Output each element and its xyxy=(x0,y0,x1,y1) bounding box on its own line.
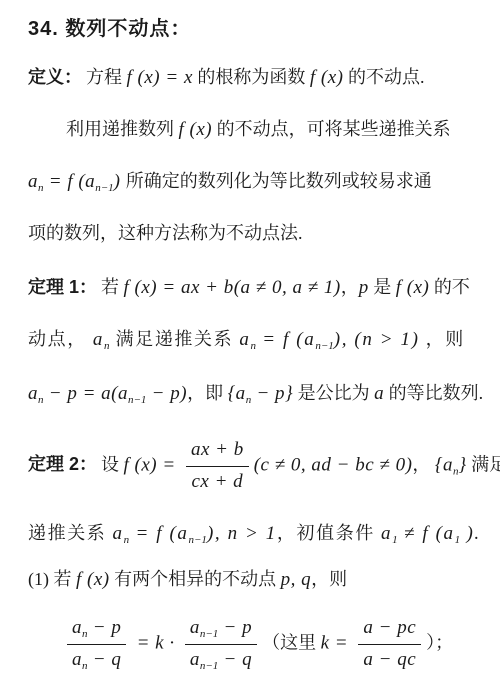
math-part: f (x) xyxy=(310,67,344,88)
theorem2-label: 定理 2： xyxy=(28,454,97,474)
math-part: ≠ f (a xyxy=(398,523,455,544)
text-part: ，即 xyxy=(187,383,228,403)
math-part: a xyxy=(28,383,38,404)
text-part: 的不 xyxy=(429,277,470,297)
text-part: ，则 xyxy=(311,569,347,589)
text-part: 递推关系 xyxy=(28,523,113,543)
subscript: n−1 xyxy=(315,340,333,352)
math-part: − p xyxy=(88,617,122,638)
text-part: ， xyxy=(412,454,435,474)
fraction-numerator: a − pc xyxy=(358,616,421,645)
math-part: (c ≠ 0, ad − bc ≠ 0) xyxy=(254,454,413,475)
math-part: f (x) = xyxy=(124,454,181,475)
math-part: } xyxy=(459,454,467,475)
math-part: a xyxy=(113,523,124,544)
math-part: k = xyxy=(321,632,354,653)
definition-line: 定义：方程 f (x) = x 的根称为函数 f (x) 的不动点. xyxy=(28,66,425,91)
subscript: n−1 xyxy=(189,534,207,546)
subscript: n−1 xyxy=(200,660,218,672)
text-part: 动点， xyxy=(28,329,93,349)
math-part: − p = a(a xyxy=(44,383,128,404)
math-part: f (x) = ax + b(a ≠ 0, a ≠ 1) xyxy=(124,277,341,298)
fraction: ax + bcx + d xyxy=(186,438,249,494)
math-part: ) xyxy=(114,171,126,192)
theorem2-line-1: 定理 2：设 f (x) = ax + bcx + d(c ≠ 0, ad − … xyxy=(28,438,500,494)
subscript: n−1 xyxy=(128,394,146,406)
math-part: a xyxy=(374,383,384,404)
document-page: 34. 数列不动点： 定义：方程 f (x) = x 的根称为函数 f (x) … xyxy=(0,0,500,696)
section-title-text: 34. 数列不动点： xyxy=(28,18,191,40)
math-part: = f (a xyxy=(256,329,315,350)
fraction-numerator: an − p xyxy=(67,616,126,645)
math-part: ), (n > 1) xyxy=(334,329,420,350)
math-part: − p) xyxy=(146,383,187,404)
fraction: an − p an − q xyxy=(67,616,126,672)
definition-label: 定义： xyxy=(28,67,82,87)
text-part: 若 xyxy=(49,569,76,589)
text-part: 项的数列，这种方法称为不动点法. xyxy=(28,223,303,243)
fraction-denominator: a − qc xyxy=(358,645,421,673)
math-part: {a xyxy=(228,383,246,404)
theorem2-line-2: 递推关系 an = f (an−1), n > 1，初值条件 a1 ≠ f (a… xyxy=(28,522,481,547)
theorem1-line-1: 定理 1：若 f (x) = ax + b(a ≠ 0, a ≠ 1)，p 是 … xyxy=(28,276,470,301)
text-part: 是 xyxy=(369,277,396,297)
fraction-denominator: an − q xyxy=(67,645,126,673)
text-part: 的不动点，可将某些递推关系 xyxy=(212,119,451,139)
text-part: ， xyxy=(341,277,359,297)
subscript: n−1 xyxy=(200,628,218,640)
text-part: ； xyxy=(435,632,453,652)
math-part: f (x) xyxy=(179,119,213,140)
math-part: = f (a xyxy=(129,523,188,544)
math-part: a xyxy=(72,649,82,670)
math-part: ), n > 1 xyxy=(207,523,277,544)
math-part: f (x) xyxy=(396,277,430,298)
text-part: 满足递推关系 xyxy=(110,329,240,349)
fraction: a − pca − qc xyxy=(358,616,421,672)
intro-line-1: 利用递推数列 f (x) 的不动点，可将某些递推关系 xyxy=(66,118,451,143)
text-part: 的根称为函数 xyxy=(193,67,310,87)
intro-line-2: an = f (an−1) 所确定的数列化为等比数列或较易求通 xyxy=(28,170,432,195)
math-part: a xyxy=(93,329,104,350)
theorem1-line-2: 动点， an 满足递推关系 an = f (an−1), (n > 1) ，则 xyxy=(28,328,465,353)
math-part: {a xyxy=(435,454,453,475)
math-part: a xyxy=(239,329,250,350)
item-number: (1) xyxy=(28,569,49,589)
math-part: f (x) xyxy=(76,569,110,590)
text-part: 方程 xyxy=(86,67,127,87)
text-part: 有两个相异的不动点 xyxy=(110,569,281,589)
case1-line: (1) 若 f (x) 有两个相异的不动点 p, q，则 xyxy=(28,568,347,593)
math-part: = k · xyxy=(131,632,180,653)
math-part: ). xyxy=(460,523,481,544)
math-part: − p} xyxy=(251,383,293,404)
fraction-denominator: cx + d xyxy=(186,467,249,495)
math-part: − q xyxy=(218,649,252,670)
math-part: f (x) = x xyxy=(127,67,193,88)
text-part: ，初值条件 xyxy=(277,523,381,543)
math-part: − q xyxy=(88,649,122,670)
math-part: p, q xyxy=(281,569,312,590)
text-part: 设 xyxy=(101,454,124,474)
section-title: 34. 数列不动点： xyxy=(28,16,191,42)
math-part: a xyxy=(381,523,392,544)
text-part: 所确定的数列化为等比数列或较易求通 xyxy=(126,171,432,191)
text-part: （这里 xyxy=(262,632,321,652)
fraction: an−1 − p an−1 − q xyxy=(185,616,257,672)
text-part: ，则 xyxy=(420,329,465,349)
math-part: a xyxy=(28,171,38,192)
subscript: n−1 xyxy=(95,182,113,194)
text-part: 若 xyxy=(101,277,124,297)
fraction-numerator: ax + b xyxy=(186,438,249,467)
formula-line: an − p an − q = k · an−1 − p an−1 − q （这… xyxy=(62,616,453,672)
math-part: a xyxy=(190,617,200,638)
text-part: 满足 xyxy=(467,454,500,474)
math-part: − p xyxy=(218,617,252,638)
intro-line-3: 项的数列，这种方法称为不动点法. xyxy=(28,222,303,245)
text-part: 是公比为 xyxy=(293,383,374,403)
fraction-denominator: an−1 − q xyxy=(185,645,257,673)
math-part: a xyxy=(72,617,82,638)
math-part: a xyxy=(190,649,200,670)
text-part: 的不动点. xyxy=(344,67,425,87)
theorem1-label: 定理 1： xyxy=(28,277,97,297)
fraction-numerator: an−1 − p xyxy=(185,616,257,645)
math-part: = f (a xyxy=(44,171,96,192)
text-part: ） xyxy=(426,632,435,652)
text-part: 利用递推数列 xyxy=(66,119,179,139)
math-part: p xyxy=(359,277,369,298)
theorem1-line-3: an − p = a(an−1 − p)，即 {an − p} 是公比为 a 的… xyxy=(28,382,483,407)
text-part: 的等比数列. xyxy=(384,383,483,403)
